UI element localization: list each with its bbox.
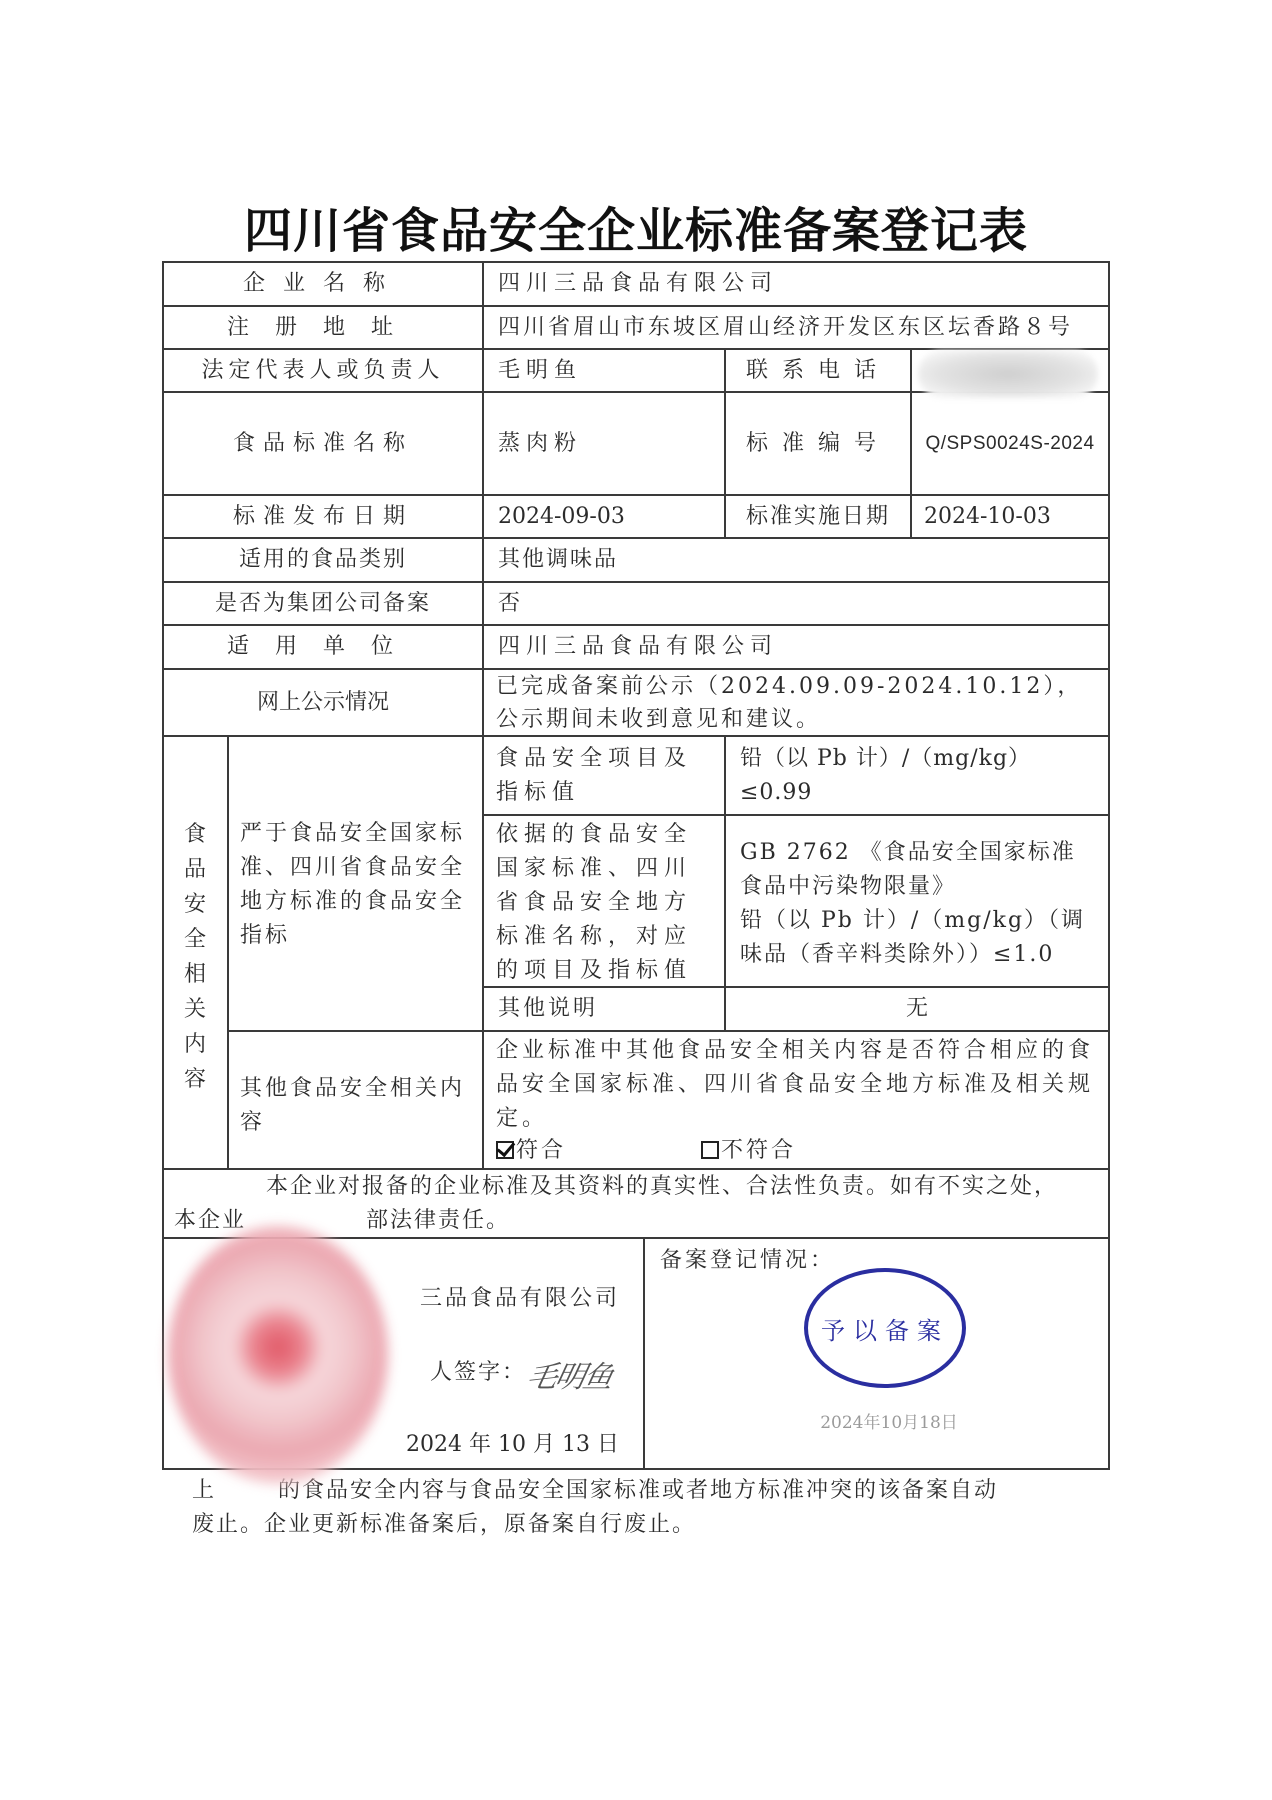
- other-notes-label: 其他说明: [484, 988, 724, 1030]
- basis-standard-label: 依据的食品安全国家标准、四川省食品安全地方标准名称，对应的项目及指标值: [496, 818, 718, 988]
- standard-name-value: 蒸肉粉: [484, 393, 724, 494]
- compliant-option[interactable]: 符合: [496, 1134, 566, 1168]
- phone-label: 联系电话: [726, 350, 910, 391]
- group-filing-label: 是否为集团公司备案: [164, 583, 482, 624]
- basis-standard-limit: 铅（以 Pb 计）/（mg/kg）（调味品（香辛料类除外））≤1.0: [740, 904, 1102, 972]
- basis-standard-name: GB 2762 《食品安全国家标准 食品中污染物限量》: [740, 836, 1102, 904]
- applicable-unit-value: 四川三品食品有限公司: [484, 626, 1108, 668]
- signoff-date: 2024 年 10 月 13 日: [406, 1428, 646, 1462]
- col-divider: [227, 735, 229, 1168]
- safety-item-label: 食品安全项目及指标值: [496, 742, 718, 810]
- other-safety-content-question: 企业标准中其他食品安全相关内容是否符合相应的食品安全国家标准、四川省食品安全地方…: [496, 1034, 1100, 1136]
- signoff-sign-label: 人签字：: [430, 1356, 530, 1390]
- publish-date-label: 标准发布日期: [164, 496, 482, 537]
- company-name-label: 企业名称: [164, 263, 482, 305]
- company-name-value: 四川三品食品有限公司: [484, 263, 1108, 305]
- compliance-options: 符合 不符合: [496, 1134, 1100, 1168]
- other-notes-value: 无: [726, 988, 1108, 1030]
- basis-standard-value: GB 2762 《食品安全国家标准 食品中污染物限量》 铅（以 Pb 计）/（m…: [740, 836, 1102, 972]
- signoff-company: 三品食品有限公司: [420, 1282, 640, 1316]
- declaration-line-2-end: 部法律责任。: [366, 1208, 510, 1233]
- footer-line-1-rest: 的食品安全内容与食品安全国家标准或者地方标准冲突的该备案自动: [278, 1478, 998, 1503]
- row-divider: [227, 1030, 1110, 1032]
- non-compliant-option[interactable]: 不符合: [701, 1134, 796, 1168]
- safety-item-value: 铅（以 Pb 计）/（mg/kg）≤0.99: [726, 737, 1108, 814]
- legal-rep-value: 毛明鱼: [484, 350, 724, 391]
- footer-line-1-start: 上: [192, 1478, 216, 1503]
- food-category-value: 其他调味品: [484, 539, 1108, 581]
- declaration-line-1: 本企业对报备的企业标准及其资料的真实性、合法性负责。如有不实之处，: [174, 1170, 1104, 1204]
- company-seal-redacted: [168, 1226, 388, 1484]
- footer-note: 上的食品安全内容与食品安全国家标准或者地方标准冲突的该备案自动 废止。企业更新标…: [192, 1474, 1092, 1542]
- publish-date-value: 2024-09-03: [484, 496, 724, 537]
- stamp-text: 予以备案: [821, 1311, 949, 1346]
- applicable-unit-label: 适用单位: [164, 626, 482, 668]
- effective-date-value: 2024-10-03: [912, 496, 1108, 537]
- food-category-label: 适用的食品类别: [164, 539, 482, 581]
- public-notice-label: 网上公示情况: [164, 670, 482, 735]
- non-compliant-label: 不符合: [721, 1138, 796, 1163]
- stamp-date: 2024年10月18日: [800, 1408, 978, 1433]
- effective-date-label: 标准实施日期: [726, 496, 910, 537]
- phone-value-redacted: [918, 350, 1098, 398]
- row-divider: [482, 814, 1110, 816]
- registered-address-label: 注册地址: [164, 307, 482, 348]
- filing-approved-stamp: 予以备案: [804, 1268, 966, 1388]
- registered-address-value: 四川省眉山市东坡区眉山经济开发区东区坛香路８号: [484, 307, 1108, 348]
- page-title: 四川省食品安全企业标准备案登记表: [0, 192, 1272, 261]
- public-notice-value: 已完成备案前公示（2024.09.09-2024.10.12），公示期间未收到意…: [496, 670, 1102, 736]
- declaration-text: 本企业对报备的企业标准及其资料的真实性、合法性负责。如有不实之处， 本企业部法律…: [174, 1170, 1104, 1238]
- non-compliant-checkbox[interactable]: [701, 1141, 719, 1159]
- legal-rep-label: 法定代表人或负责人: [164, 350, 482, 391]
- compliant-label: 符合: [516, 1138, 566, 1163]
- stricter-indicators-label: 严于食品安全国家标准、四川省食品安全地方标准的食品安全指标: [240, 817, 476, 953]
- safety-section-label: 食品安全相关内容: [175, 817, 215, 1117]
- other-safety-content-label: 其他食品安全相关内容: [240, 1072, 476, 1140]
- footer-line-2: 废止。企业更新标准备案后，原备案自行废止。: [192, 1508, 1092, 1542]
- signature: 毛明鱼: [523, 1352, 616, 1396]
- footer-line-1: 上的食品安全内容与食品安全国家标准或者地方标准冲突的该备案自动: [192, 1474, 1092, 1508]
- standard-number-value: Q/SPS0024S-2024: [912, 393, 1108, 494]
- standard-number-label: 标准编号: [726, 393, 910, 494]
- compliant-checkbox[interactable]: [496, 1141, 514, 1159]
- table-border-right: [1108, 261, 1110, 1470]
- standard-name-label: 食品标准名称: [164, 393, 482, 494]
- group-filing-value: 否: [484, 583, 1108, 624]
- declaration-line-2-start: 本企业: [174, 1208, 246, 1233]
